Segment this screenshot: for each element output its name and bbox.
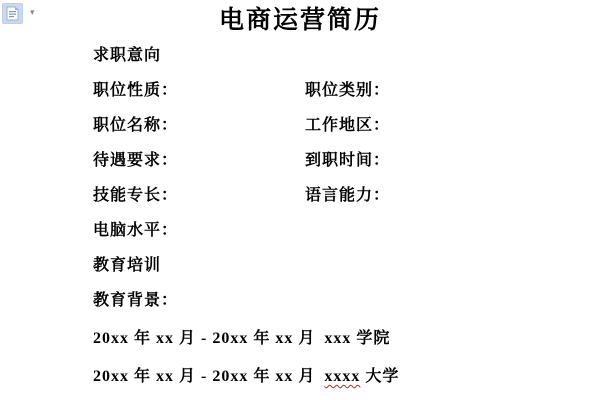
field-row-position: 职位性质： 职位类别：	[93, 81, 600, 116]
paste-options-icon	[2, 3, 23, 24]
field-label-position-category: 职位类别：	[305, 82, 390, 99]
education-entry: 20xx 年 xx 月 - 20xx 年 xx 月xxxx大学	[93, 367, 600, 400]
field-label-salary-requirement: 待遇要求：	[93, 151, 300, 171]
education-school-type: 学院	[356, 330, 390, 347]
education-period: 20xx 年 xx 月 - 20xx 年 xx 月	[93, 330, 315, 347]
field-label-language-ability: 语言能力：	[305, 187, 390, 204]
field-label-position-name: 职位名称：	[93, 116, 300, 136]
chevron-down-icon: ▾	[30, 9, 35, 18]
page-title: 电商运营简历	[0, 0, 600, 35]
field-label-start-date: 到职时间：	[305, 152, 390, 169]
education-entry: 20xx 年 xx 月 - 20xx 年 xx 月xxx学院	[93, 329, 600, 364]
field-label-work-area: 工作地区：	[305, 117, 390, 134]
field-label-computer-level: 电脑水平：	[93, 221, 600, 256]
field-label-education-background: 教育背景：	[93, 291, 600, 326]
field-row-salary-start: 待遇要求： 到职时间：	[93, 151, 600, 186]
field-label-position-type: 职位性质：	[93, 81, 300, 101]
document-page: ▾ 电商运营简历 求职意向 职位性质： 职位类别： 职位名称： 工作地区： 待遇…	[0, 0, 600, 400]
education-school-name-spellcheck-squiggle: xxxx	[324, 368, 360, 385]
paste-options-button[interactable]: ▾	[2, 3, 35, 24]
section-heading-education-training: 教育培训	[93, 256, 600, 291]
education-school-type: 大学	[365, 368, 399, 385]
education-school-name: xxx	[324, 330, 351, 347]
field-label-skills: 技能专长：	[93, 186, 300, 206]
field-row-name-location: 职位名称： 工作地区：	[93, 116, 600, 151]
document-body: 求职意向 职位性质： 职位类别： 职位名称： 工作地区： 待遇要求： 到职时间：…	[93, 46, 600, 400]
field-row-skills-language: 技能专长： 语言能力：	[93, 186, 600, 221]
education-period: 20xx 年 xx 月 - 20xx 年 xx 月	[93, 368, 315, 385]
section-heading-job-intention: 求职意向	[93, 46, 600, 81]
